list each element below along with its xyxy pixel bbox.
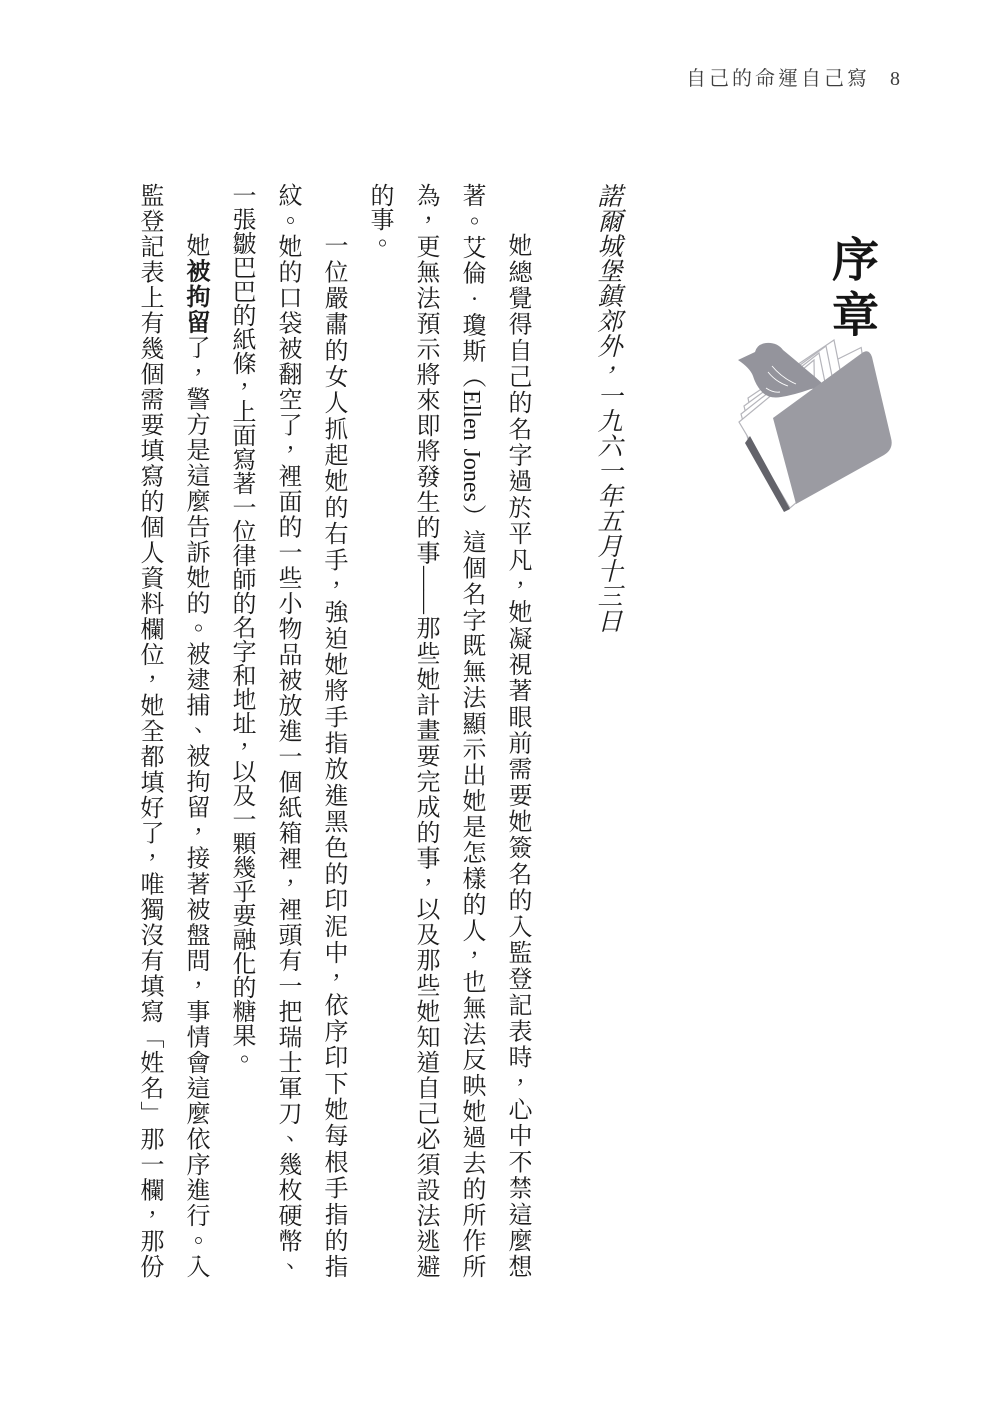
page-header: 自己的命運自己寫 8 bbox=[686, 62, 900, 91]
bird-on-book-illustration bbox=[726, 336, 904, 514]
text-column: 的事。 bbox=[356, 183, 402, 1278]
text-column: 紋。她的口袋被翻空了，裡面的一些小物品被放進一個紙箱裡，裡頭有一把瑞士軍刀、幾枚… bbox=[264, 183, 310, 1278]
text-column: 為，更無法預示將來即將發生的事——那些她計畫要完成的事，以及那些她知道自己必須設… bbox=[402, 183, 448, 1278]
text-column: 她總覺得自己的名字過於平凡，她凝視著眼前需要她簽名的入監登記表時，心中不禁這麼想 bbox=[494, 183, 540, 1278]
text-column: 一張皺巴巴的紙條，上面寫著一位律師的名字和地址，以及一顆幾乎要融化的糖果。 bbox=[218, 183, 264, 1278]
text-segment: 她 bbox=[182, 233, 208, 259]
text-column: 她被拘留了，警方是這麼告訴她的。被逮捕、被拘留，接著被盤問，事情會這麼依序進行。… bbox=[172, 183, 218, 1278]
text-column: 監登記表上有幾個需要填寫的個人資料欄位，她全都填好了，唯獨沒有填寫「姓名」那一欄… bbox=[126, 183, 172, 1278]
dateline: 諾爾城堡鎮郊外，一九六一年五月十三日 bbox=[584, 183, 630, 1278]
body-text: 諾爾城堡鎮郊外，一九六一年五月十三日 她總覺得自己的名字過於平凡，她凝視著眼前需… bbox=[126, 183, 630, 1278]
text-column: 著。艾倫．瓊斯（Ellen Jones）這個名字既無法顯示出她是怎樣的人，也無法… bbox=[448, 183, 494, 1278]
book-page: { "header": { "running_title": "自己的命運自己寫… bbox=[0, 0, 1000, 1419]
text-segment: 了，警方是這麼告訴她的。被逮捕、被拘留，接著被盤問，事情會這麼依序進行。入 bbox=[182, 335, 208, 1278]
running-title: 自己的命運自己寫 bbox=[686, 62, 870, 91]
chapter-title: 序章 bbox=[818, 235, 885, 345]
emphasized-text: 被拘留 bbox=[182, 259, 208, 336]
page-number: 8 bbox=[890, 68, 900, 91]
text-column: 一位嚴肅的女人抓起她的右手，強迫她將手指放進黑色的印泥中，依序印下她每根手指的指 bbox=[310, 183, 356, 1278]
